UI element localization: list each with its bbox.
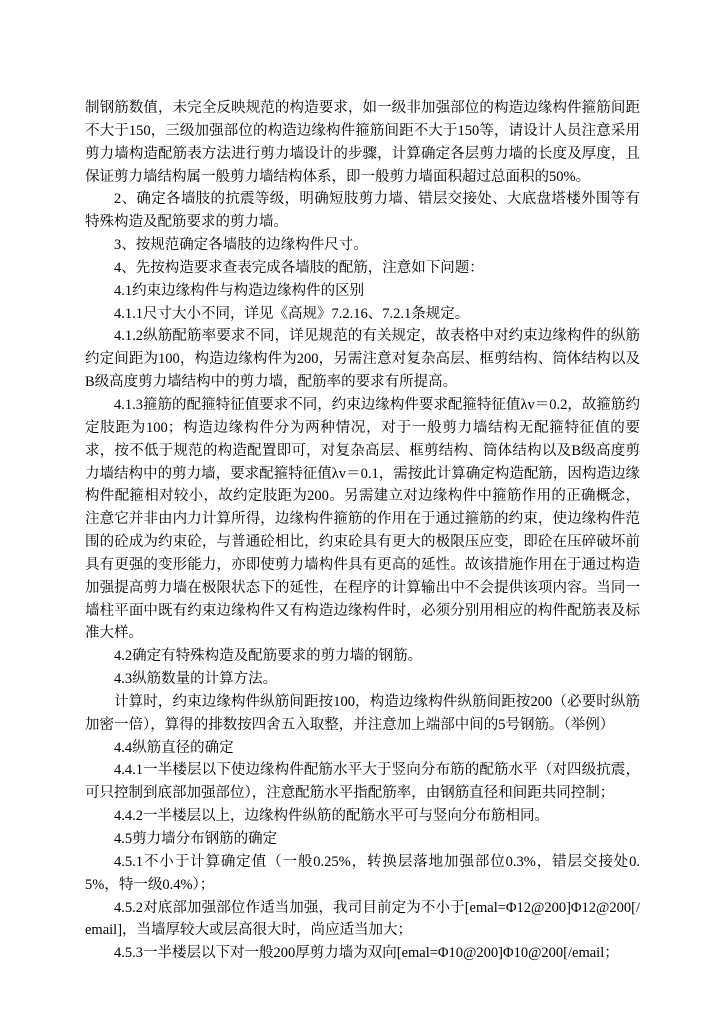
list-item-3: 3、按规范确定各墙肢的边缘构件尺寸。 [85,234,640,257]
section-heading-4-5: 4.5剪力墙分布钢筋的确定 [85,828,640,851]
section-4-4-2: 4.4.2一半楼层以上，边缘构件纵筋的配筋水平可与竖向分布筋相同。 [85,805,640,828]
section-heading-4-4: 4.4纵筋直径的确定 [85,737,640,760]
section-heading-4-2: 4.2确定有特殊构造及配筋要求的剪力墙的钢筋。 [85,645,640,668]
document-page: 制钢筋数值，未完全反映规范的构造要求，如一级非加强部位的构造边缘构件箍筋间距不大… [0,0,724,1024]
paragraph-continuation: 制钢筋数值，未完全反映规范的构造要求，如一级非加强部位的构造边缘构件箍筋间距不大… [85,97,640,188]
section-4-1-1: 4.1.1尺寸大小不同，详见《高规》7.2.16、7.2.1条规定。 [85,303,640,326]
section-4-5-1: 4.5.1不小于计算确定值（一般0.25%，转换层落地加强部位0.3%，错层交接… [85,851,640,897]
section-heading-4-1: 4.1约束边缘构件与构造边缘构件的区别 [85,280,640,303]
section-4-5-3: 4.5.3一半楼层以下对一般200厚剪力墙为双向[emal=Φ10@200]Φ1… [85,942,640,965]
list-item-2: 2、确定各墙肢的抗震等级，明确短肢剪力墙、错层交接处、大底盘塔楼外围等有特殊构造… [85,188,640,234]
section-heading-4-3: 4.3纵筋数量的计算方法。 [85,668,640,691]
section-4-4-1: 4.4.1一半楼层以下使边缘构件配筋水平大于竖向分布筋的配筋水平（对四级抗震，可… [85,759,640,805]
paragraph-calculation-note: 计算时，约束边缘构件纵筋间距按100，构造边缘构件纵筋间距按200（必要时纵筋加… [85,691,640,737]
document-text-block: 制钢筋数值，未完全反映规范的构造要求，如一级非加强部位的构造边缘构件箍筋间距不大… [85,97,640,965]
section-4-5-2: 4.5.2对底部加强部位作适当加强，我司目前定为不小于[emal=Φ12@200… [85,897,640,943]
section-4-1-3: 4.1.3箍筋的配箍特征值要求不同，约束边缘构件要求配箍特征值λv＝0.2，故箍… [85,394,640,645]
list-item-4: 4、先按构造要求查表完成各墙肢的配筋，注意如下问题： [85,257,640,280]
section-4-1-2: 4.1.2纵筋配筋率要求不同，详见规范的有关规定，故表格中对约束边缘构件的纵筋约… [85,325,640,394]
